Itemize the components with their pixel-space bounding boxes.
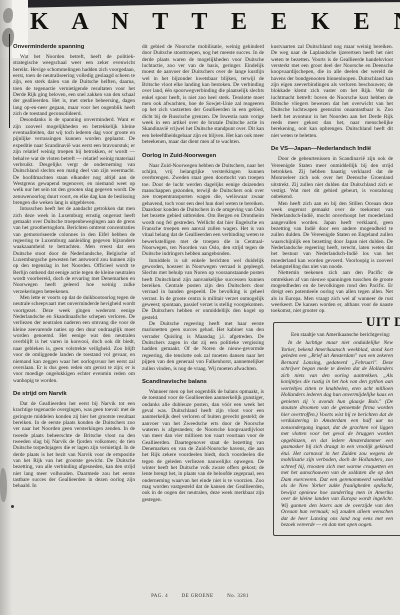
body-paragraph: Men heeft zich aan en bij den Stillen Oc… bbox=[271, 201, 393, 271]
groene-box-intro: Een staaltje van Amerikaansche berichtge… bbox=[281, 332, 393, 338]
body-paragraph: Wanneer men op het oogenblik de balans o… bbox=[142, 389, 264, 503]
newspaper-page: K A N T T E E K E N I N G E N Onverminde… bbox=[0, 0, 400, 615]
body-paragraph: Wat het Noorden betreft, heeft de politi… bbox=[13, 54, 135, 117]
column-right: kustvaarten zal Duitschland nog maar wei… bbox=[271, 44, 393, 536]
section-heading: Oorlog in Zuid-Noorwegen bbox=[142, 153, 264, 160]
body-paragraph: Naar Zuid-Noorwegen hebben de Duitschers… bbox=[142, 163, 264, 258]
column-container: Onverminderde spanningWat het Noorden be… bbox=[13, 44, 395, 592]
body-paragraph: dit gebied de Noorsche mobilisatie, wein… bbox=[142, 44, 264, 146]
section-heading: De strijd om Narvik bbox=[13, 391, 135, 398]
page-title: K A N T T E E K E N I N G E N bbox=[30, 9, 398, 36]
footer-page-number: PAG. 4 bbox=[151, 594, 168, 599]
groene-box: UIT DE GROENE Een staaltje van Amerikaan… bbox=[273, 322, 400, 536]
left-edge-scan-strip bbox=[0, 0, 12, 615]
footer: PAG. 4 DE GROENE No. 3281 bbox=[120, 594, 280, 599]
body-paragraph: Inmiddels is uit enkele berichten wel du… bbox=[142, 258, 264, 321]
footer-issue-number: No. 3281 bbox=[227, 594, 249, 599]
section-heading: Scandinavische balans bbox=[142, 379, 264, 386]
body-paragraph: De Duitsche regeering heeft met haar eer… bbox=[142, 321, 264, 372]
scan-smudge bbox=[0, 468, 7, 502]
body-paragraph: kustvaarten zal Duitschland nog maar wei… bbox=[271, 44, 393, 139]
body-paragraph: Men lette er voorts op dat de duikbootoo… bbox=[13, 295, 135, 384]
scan-line-artifact bbox=[9, 34, 10, 128]
section-heading: De VS—Japan—Nederlandsch Indië bbox=[271, 146, 393, 153]
groene-box-body: In de luchtige maar niet onduidelijke Ne… bbox=[281, 340, 393, 529]
body-paragraph: Dat de Geallieerden het eerst bij Narvik… bbox=[13, 401, 135, 490]
footer-publication-name: DE GROENE bbox=[182, 594, 214, 599]
column-left: Onverminderde spanningWat het Noorden be… bbox=[13, 44, 135, 490]
body-paragraph: Door de gebeurtenissen in Scandinavië zi… bbox=[271, 156, 393, 200]
body-paragraph: Intusschen heeft het de aandacht getrokk… bbox=[13, 206, 135, 295]
top-edge-scan-streak bbox=[28, 0, 400, 8]
body-paragraph: Desondanks is de spanning onverminderd. … bbox=[13, 117, 135, 206]
groene-box-heading: UIT DE GROENE bbox=[362, 314, 400, 330]
body-paragraph: Niettemin teekenen zich aan den Pacific … bbox=[271, 270, 393, 314]
column-middle: dit gebied de Noorsche mobilisatie, wein… bbox=[142, 44, 264, 503]
section-heading: Onverminderde spanning bbox=[13, 44, 135, 51]
